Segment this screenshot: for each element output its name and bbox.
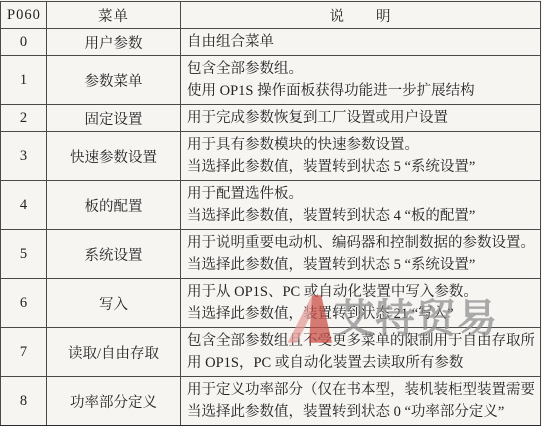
row-id: 1	[1, 56, 47, 105]
desc-line: 用于具有参数模块的快速参数设置。	[187, 134, 534, 156]
row-menu: 参数菜单	[47, 56, 181, 105]
row-menu: 固定设置	[47, 105, 181, 132]
table-row: 8 功率部分定义 用于定义功率部分（仅在书本型，装机装柜型装置需要）。 当选择此…	[1, 377, 541, 426]
row-desc: 包含全部参数组。 使用 OP1S 操作面板获得功能进一步扩展结构	[181, 56, 541, 105]
table-row: 1 参数菜单 包含全部参数组。 使用 OP1S 操作面板获得功能进一步扩展结构	[1, 56, 541, 105]
row-desc: 用于说明重要电动机、编码器和控制数据的参数设置。 当选择此参数值，装置转到状态 …	[181, 230, 541, 279]
desc-line: 用于配置选件板。	[187, 183, 534, 205]
row-menu: 系统设置	[47, 230, 181, 279]
header-menu: 菜单	[47, 2, 181, 29]
desc-line: 当选择此参数值，装置转到状态 4 “板的配置”	[187, 205, 534, 227]
row-desc: 用于从 OP1S、PC 或自动化装置中写入参数。 当选择此参数值，装置转到状态 …	[181, 279, 541, 328]
table-row: 4 板的配置 用于配置选件板。 当选择此参数值，装置转到状态 4 “板的配置”	[1, 181, 541, 230]
desc-line: 使用 OP1S 操作面板获得功能进一步扩展结构	[187, 80, 534, 102]
row-id: 5	[1, 230, 47, 279]
row-id: 2	[1, 105, 47, 132]
row-id: 3	[1, 132, 47, 181]
row-menu: 用户参数	[47, 29, 181, 56]
table-header-row: P060 菜单 说 明	[1, 2, 541, 29]
table-row: 3 快速参数设置 用于具有参数模块的快速参数设置。 当选择此参数值，装置转到状态…	[1, 132, 541, 181]
row-desc: 用于具有参数模块的快速参数设置。 当选择此参数值，装置转到状态 5 “系统设置”	[181, 132, 541, 181]
row-desc: 用于完成参数恢复到工厂设置或用户设置	[181, 105, 541, 132]
row-id: 4	[1, 181, 47, 230]
table-row: 0 用户参数 自由组合菜单	[1, 29, 541, 56]
row-menu: 功率部分定义	[47, 377, 181, 426]
row-desc: 用于配置选件板。 当选择此参数值，装置转到状态 4 “板的配置”	[181, 181, 541, 230]
row-id: 0	[1, 29, 47, 56]
menu-table: P060 菜单 说 明 0 用户参数 自由组合菜单 1 参数菜单 包含全部参数组…	[0, 1, 541, 426]
table-row: 5 系统设置 用于说明重要电动机、编码器和控制数据的参数设置。 当选择此参数值，…	[1, 230, 541, 279]
row-menu: 快速参数设置	[47, 132, 181, 181]
row-desc: 自由组合菜单	[181, 29, 541, 56]
row-desc: 包含全部参数组且不受更多菜单的限制用于自由存取所有参数。 用 OP1S，PC 或…	[181, 328, 541, 377]
desc-line: 自由组合菜单	[187, 31, 534, 53]
desc-line: 用于完成参数恢复到工厂设置或用户设置	[187, 107, 534, 129]
document-page: P060 菜单 说 明 0 用户参数 自由组合菜单 1 参数菜单 包含全部参数组…	[0, 0, 542, 426]
table-row: 7 读取/自由存取 包含全部参数组且不受更多菜单的限制用于自由存取所有参数。 用…	[1, 328, 541, 377]
desc-line: 包含全部参数组。	[187, 58, 534, 80]
row-menu: 写入	[47, 279, 181, 328]
table-row: 6 写入 用于从 OP1S、PC 或自动化装置中写入参数。 当选择此参数值，装置…	[1, 279, 541, 328]
row-desc: 用于定义功率部分（仅在书本型，装机装柜型装置需要）。 当选择此参数值，装置转到状…	[181, 377, 541, 426]
table-row: 2 固定设置 用于完成参数恢复到工厂设置或用户设置	[1, 105, 541, 132]
desc-line: 当选择此参数值，装置转到状态 5 “系统设置”	[187, 156, 534, 178]
row-menu: 读取/自由存取	[47, 328, 181, 377]
desc-line: 包含全部参数组且不受更多菜单的限制用于自由存取所有参数。	[187, 330, 534, 352]
row-id: 8	[1, 377, 47, 426]
desc-line: 当选择此参数值，装置转到状态 5 “系统设置”	[187, 254, 534, 276]
desc-line: 用于定义功率部分（仅在书本型，装机装柜型装置需要）。	[187, 379, 534, 401]
desc-line: 用 OP1S，PC 或自动化装置去读取所有参数	[187, 352, 534, 374]
row-id: 6	[1, 279, 47, 328]
row-menu: 板的配置	[47, 181, 181, 230]
desc-line: 用于说明重要电动机、编码器和控制数据的参数设置。	[187, 232, 534, 254]
header-p060: P060	[1, 2, 47, 29]
row-id: 7	[1, 328, 47, 377]
desc-line: 当选择此参数值，装置转到状态 21 “写入”	[187, 303, 534, 325]
desc-line: 用于从 OP1S、PC 或自动化装置中写入参数。	[187, 281, 534, 303]
header-desc: 说 明	[181, 2, 541, 29]
desc-line: 当选择此参数值，装置转到状态 0 “功率部分定义”	[187, 401, 534, 423]
